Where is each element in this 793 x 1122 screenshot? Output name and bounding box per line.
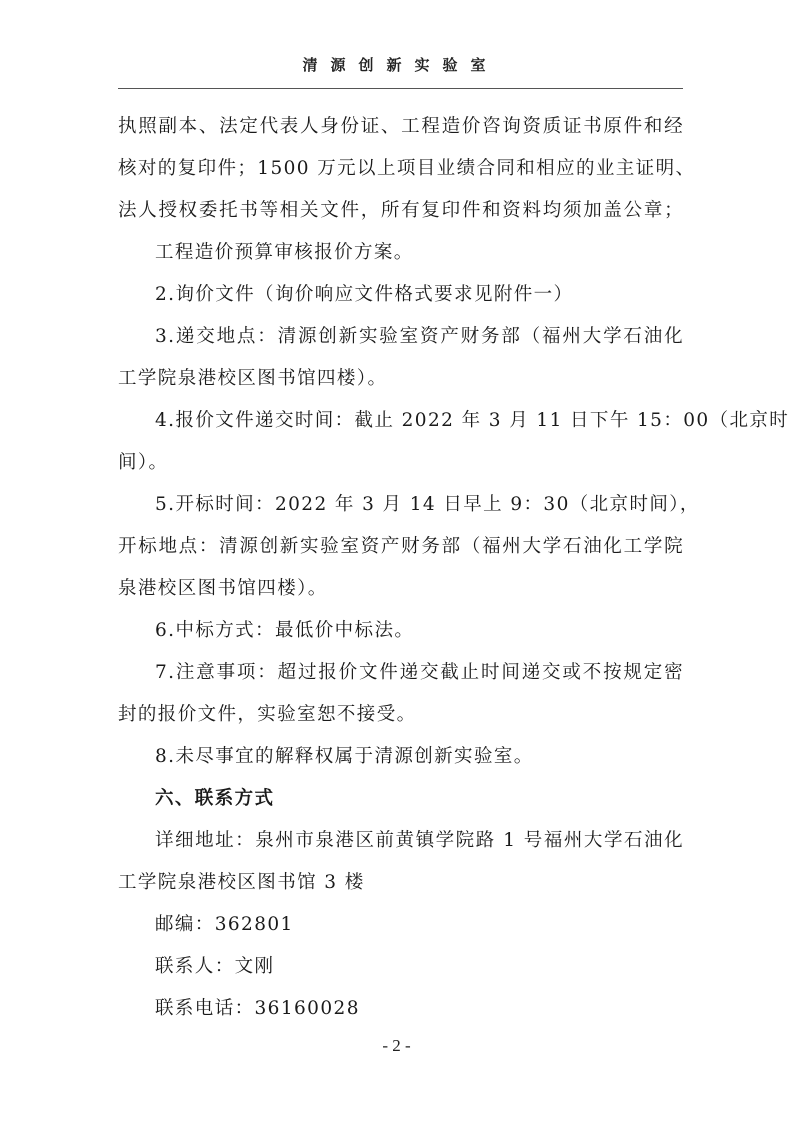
contact-person: 联系人：文刚 [118,946,684,988]
section-heading-contact: 六、联系方式 [118,778,684,820]
text-line: 工学院泉港校区图书馆四楼）。 [118,358,684,400]
text-line: 工程造价预算审核报价方案。 [118,232,684,274]
text-line: 核对的复印件；1500 万元以上项目业绩合同和相应的业主证明、 [118,148,684,190]
text-line: 开标地点：清源创新实验室资产财务部（福州大学石油化工学院 [118,526,684,568]
section-item-6: 6.中标方式：最低价中标法。 [118,610,684,652]
section-item-2: 2.询价文件（询价响应文件格式要求见附件一） [118,274,684,316]
document-header-title: 清源创新实验室 [118,54,683,75]
contact-phone: 联系电话：36160028 [118,988,684,1030]
section-item-8: 8.未尽事宜的解释权属于清源创新实验室。 [118,736,684,778]
section-item-7: 7.注意事项：超过报价文件递交截止时间递交或不按规定密 [118,652,684,694]
contact-address-continued: 工学院泉港校区图书馆 3 楼 [118,862,684,904]
document-body: 执照副本、法定代表人身份证、工程造价咨询资质证书原件和经 核对的复印件；1500… [118,106,684,1030]
text-line: 法人授权委托书等相关文件，所有复印件和资料均须加盖公章； [118,190,684,232]
text-line: 封的报价文件，实验室恕不接受。 [118,694,684,736]
contact-postcode: 邮编：362801 [118,904,684,946]
header-divider [118,88,683,89]
section-item-5: 5.开标时间：2022 年 3 月 14 日早上 9：30（北京时间）， [118,484,684,526]
contact-address: 详细地址：泉州市泉港区前黄镇学院路 1 号福州大学石油化 [118,820,684,862]
text-line: 间）。 [118,442,684,484]
text-line: 泉港校区图书馆四楼）。 [118,568,684,610]
text-line: 执照副本、法定代表人身份证、工程造价咨询资质证书原件和经 [118,106,684,148]
page-number: - 2 - [0,1036,793,1056]
section-item-3: 3.递交地点：清源创新实验室资产财务部（福州大学石油化 [118,316,684,358]
section-item-4: 4.报价文件递交时间：截止 2022 年 3 月 11 日下午 15：00（北京… [118,400,684,442]
